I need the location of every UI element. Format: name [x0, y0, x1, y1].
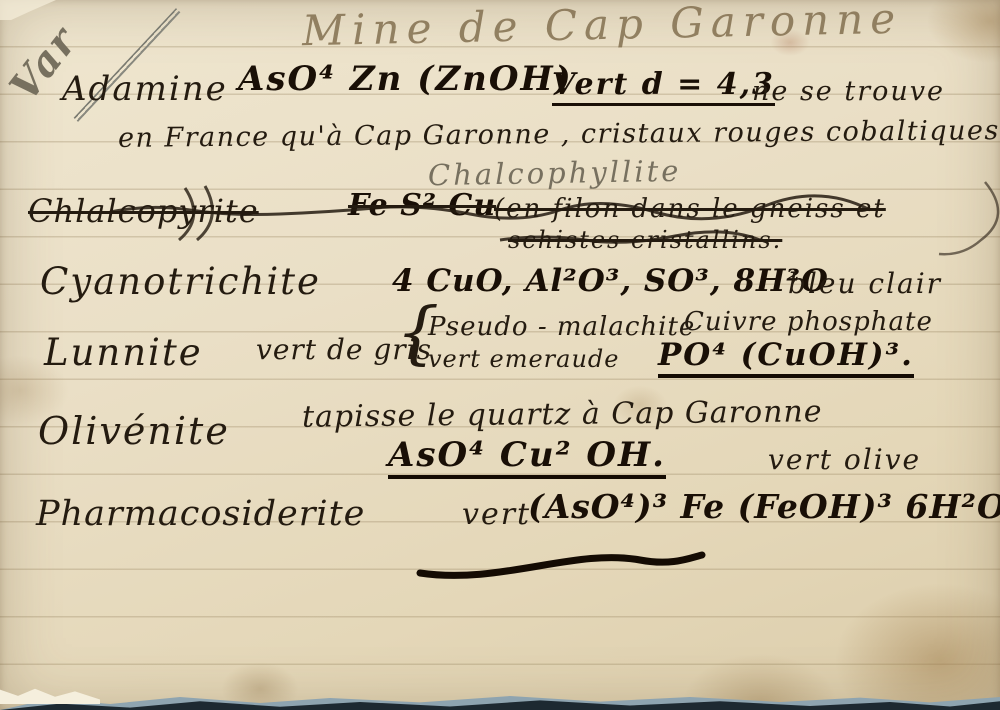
- manuscript-page: Var Mine de Cap Garonne Adamine AsO⁴ Zn …: [0, 0, 1000, 710]
- underline-flourish: [0, 0, 1000, 710]
